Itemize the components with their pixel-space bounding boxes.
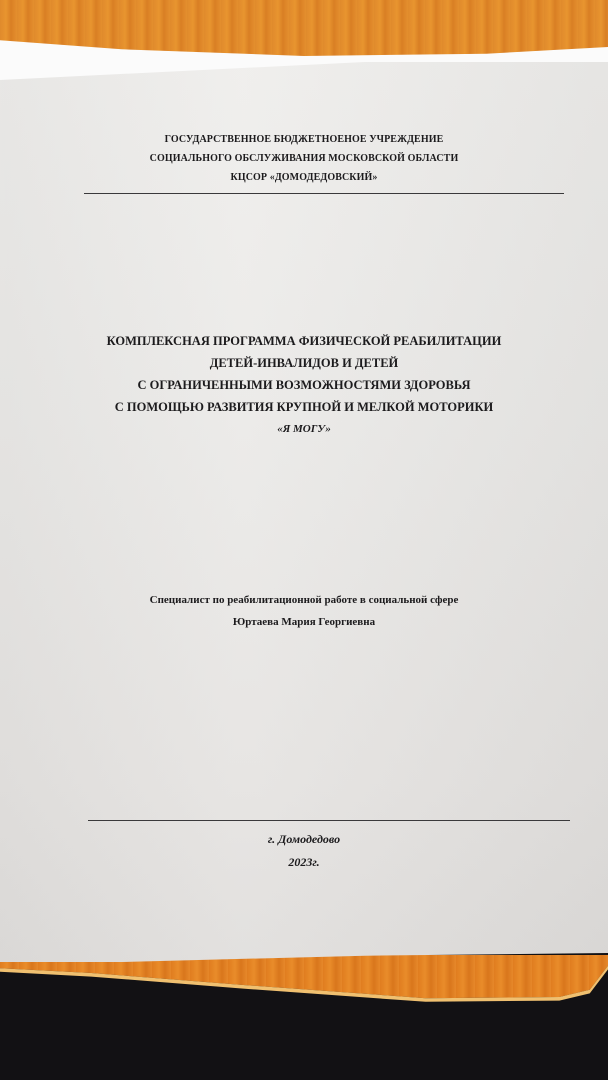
header-line: СОЦИАЛЬНОГО ОБСЛУЖИВАНИЯ МОСКОВСКОЙ ОБЛА… — [0, 149, 608, 168]
title-line: ДЕТЕЙ-ИНВАЛИДОВ И ДЕТЕЙ — [0, 352, 608, 374]
document-title: КОМПЛЕКСНАЯ ПРОГРАММА ФИЗИЧЕСКОЙ РЕАБИЛИ… — [0, 330, 608, 440]
title-line: С ПОМОЩЬЮ РАЗВИТИЯ КРУПНОЙ И МЕЛКОЙ МОТО… — [0, 396, 608, 418]
header-divider — [84, 193, 564, 194]
title-line: КОМПЛЕКСНАЯ ПРОГРАММА ФИЗИЧЕСКОЙ РЕАБИЛИ… — [0, 330, 608, 352]
footer-year: 2023г. — [0, 851, 608, 874]
footer-block: г. Домодедово 2023г. — [0, 828, 608, 874]
header-line: ГОСУДАРСТВЕННОЕ БЮДЖЕТНОЕНОЕ УЧРЕЖДЕНИЕ — [0, 130, 608, 149]
author-block: Специалист по реабилитационной работе в … — [0, 589, 608, 633]
organization-header: ГОСУДАРСТВЕННОЕ БЮДЖЕТНОЕНОЕ УЧРЕЖДЕНИЕ … — [0, 130, 608, 187]
document-page: ГОСУДАРСТВЕННОЕ БЮДЖЕТНОЕНОЕ УЧРЕЖДЕНИЕ … — [0, 62, 608, 962]
title-line: С ОГРАНИЧЕННЫМИ ВОЗМОЖНОСТЯМИ ЗДОРОВЬЯ — [0, 374, 608, 396]
footer-city: г. Домодедово — [0, 828, 608, 851]
author-position: Специалист по реабилитационной работе в … — [0, 589, 608, 611]
author-name: Юртаева Мария Георгиевна — [0, 611, 608, 633]
footer-divider — [88, 820, 570, 821]
program-name: «Я МОГУ» — [0, 418, 608, 440]
header-line: КЦСОР «ДОМОДЕДОВСКИЙ» — [0, 168, 608, 187]
wooden-desk-bottom — [0, 955, 608, 1015]
